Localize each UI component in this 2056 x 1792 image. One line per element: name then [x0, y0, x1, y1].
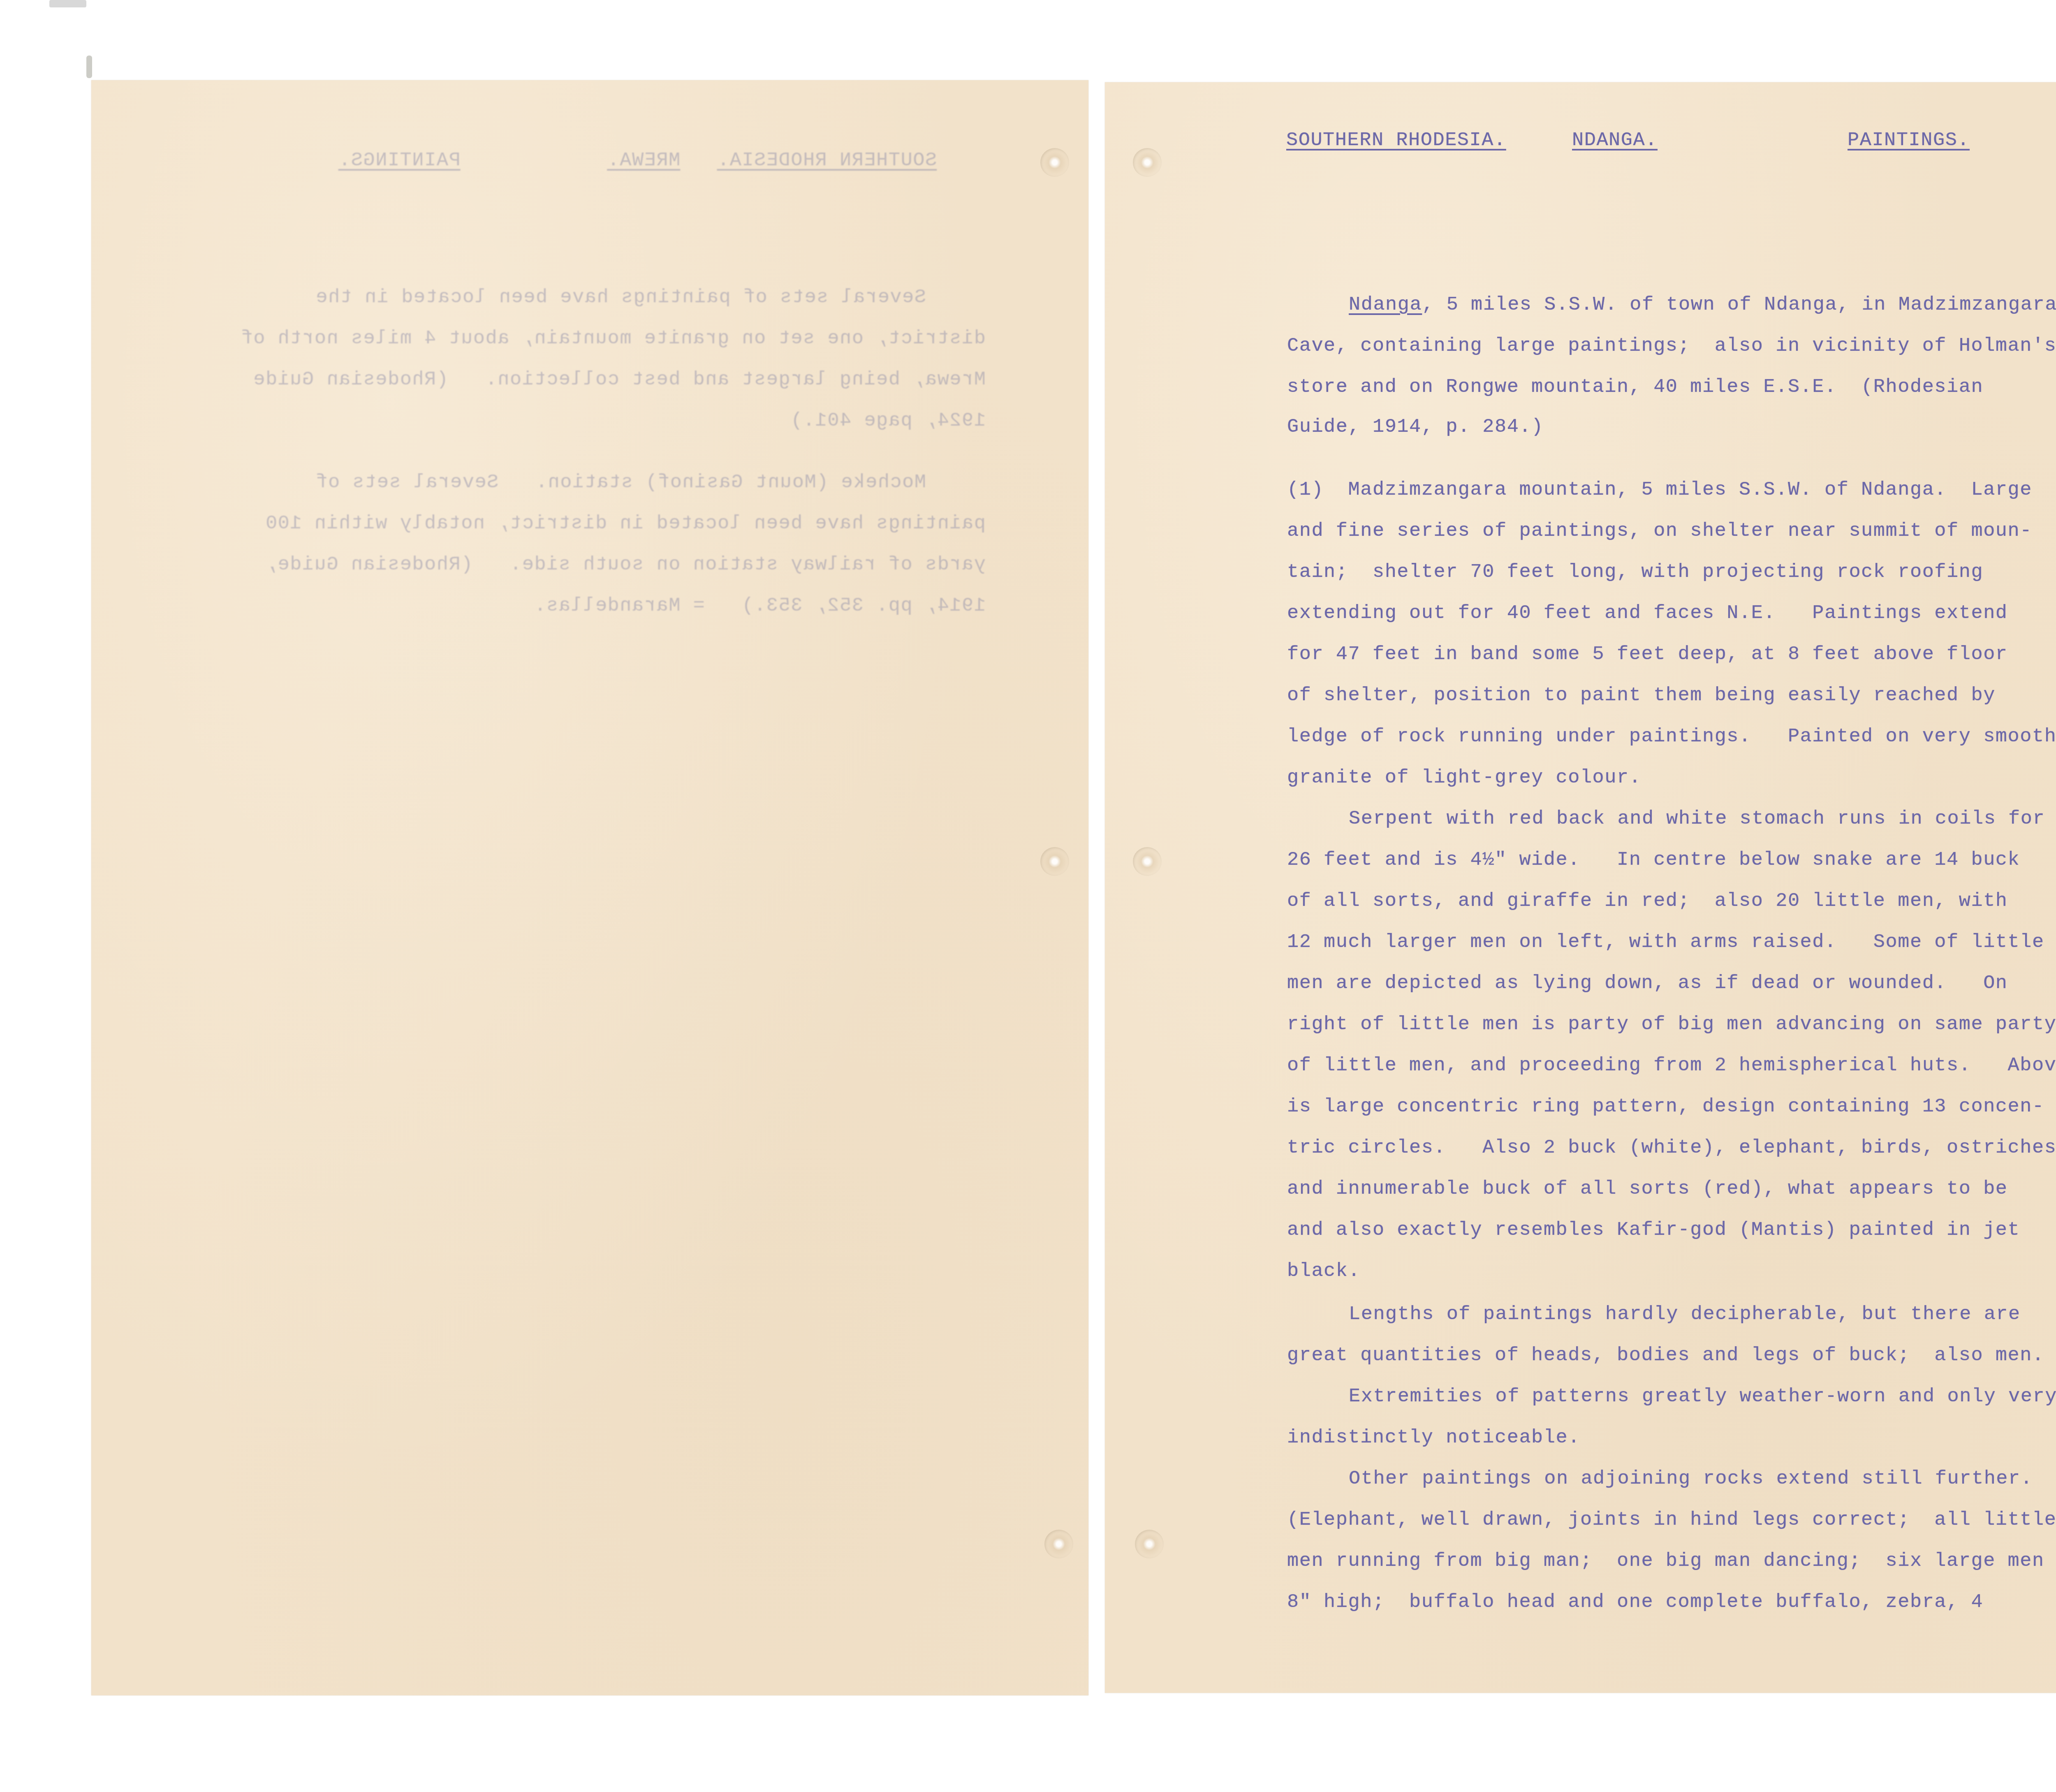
punch-hole	[1133, 148, 1162, 177]
serpent-line: 26 feet and is 4½" wide. In centre below…	[1287, 850, 2020, 870]
serpent-line: of all sorts, and giraffe in red; also 2…	[1287, 891, 2008, 911]
serpent-line: tric circles. Also 2 buck (white), eleph…	[1287, 1138, 2056, 1158]
serpent-line: men are depicted as lying down, as if de…	[1287, 974, 2008, 993]
other-line: Other paintings on adjoining rocks exten…	[1349, 1469, 2033, 1489]
punch-hole	[1133, 847, 1162, 876]
punch-hole	[1044, 1530, 1073, 1558]
extremities-line: indistinctly noticeable.	[1287, 1428, 1580, 1447]
other-line: (Elephant, well drawn, joints in hind le…	[1287, 1510, 2056, 1530]
serpent-line: and also exactly resembles Kafir-god (Ma…	[1287, 1220, 2020, 1240]
intro-line-text: , 5 miles S.S.W. of town of Ndanga, in M…	[1422, 294, 2056, 316]
other-line: men running from big man; one big man da…	[1287, 1551, 2044, 1571]
serpent-line: right of little men is party of big men …	[1287, 1015, 2056, 1034]
header-country: SOUTHERN RHODESIA.	[1286, 131, 1506, 150]
other-line: 8" high; buffalo head and one complete b…	[1287, 1593, 1983, 1612]
left-page	[91, 80, 1088, 1695]
serpent-line: Serpent with red back and white stomach …	[1349, 809, 2045, 829]
serpent-line: black.	[1287, 1262, 1360, 1281]
punch-hole	[1135, 1530, 1164, 1558]
section1-line: ledge of rock running under paintings. P…	[1287, 727, 2056, 746]
intro-line: Guide, 1914, p. 284.)	[1287, 417, 1544, 437]
extremities-line: Extremities of patterns greatly weather-…	[1349, 1387, 2056, 1406]
lengths-line: Lengths of paintings hardly decipherable…	[1349, 1305, 2021, 1324]
intro-line: Ndanga, 5 miles S.S.W. of town of Ndanga…	[1349, 295, 2056, 315]
header-subject: PAINTINGS.	[1848, 131, 1970, 150]
serpent-line: 12 much larger men on left, with arms ra…	[1287, 933, 2044, 952]
scan-artifact-mark	[49, 0, 86, 7]
header-district: NDANGA.	[1572, 131, 1658, 150]
section1-line: extending out for 40 feet and faces N.E.…	[1287, 604, 2008, 623]
right-page	[1105, 82, 2056, 1693]
section1-line: and fine series of paintings, on shelter…	[1287, 521, 2032, 541]
serpent-line: and innumerable buck of all sorts (red),…	[1287, 1179, 2008, 1199]
section1-line: of shelter, position to paint them being…	[1287, 686, 1996, 705]
intro-place-name: Ndanga	[1349, 294, 1422, 316]
section1-line: (1) Madzimzangara mountain, 5 miles S.S.…	[1287, 480, 2032, 500]
punch-hole	[1040, 847, 1069, 876]
serpent-line: is large concentric ring pattern, design…	[1287, 1097, 2044, 1116]
lengths-line: great quantities of heads, bodies and le…	[1287, 1346, 2044, 1365]
intro-line: Cave, containing large paintings; also i…	[1287, 336, 2056, 356]
section1-line: for 47 feet in band some 5 feet deep, at…	[1287, 645, 2008, 664]
section1-line: tain; shelter 70 feet long, with project…	[1287, 563, 1983, 582]
scan-artifact-edge	[86, 56, 92, 78]
intro-line: store and on Rongwe mountain, 40 miles E…	[1287, 377, 1983, 397]
serpent-line: of little men, and proceeding from 2 hem…	[1287, 1056, 2056, 1075]
section1-line: granite of light-grey colour.	[1287, 768, 1641, 787]
punch-hole	[1040, 148, 1069, 177]
